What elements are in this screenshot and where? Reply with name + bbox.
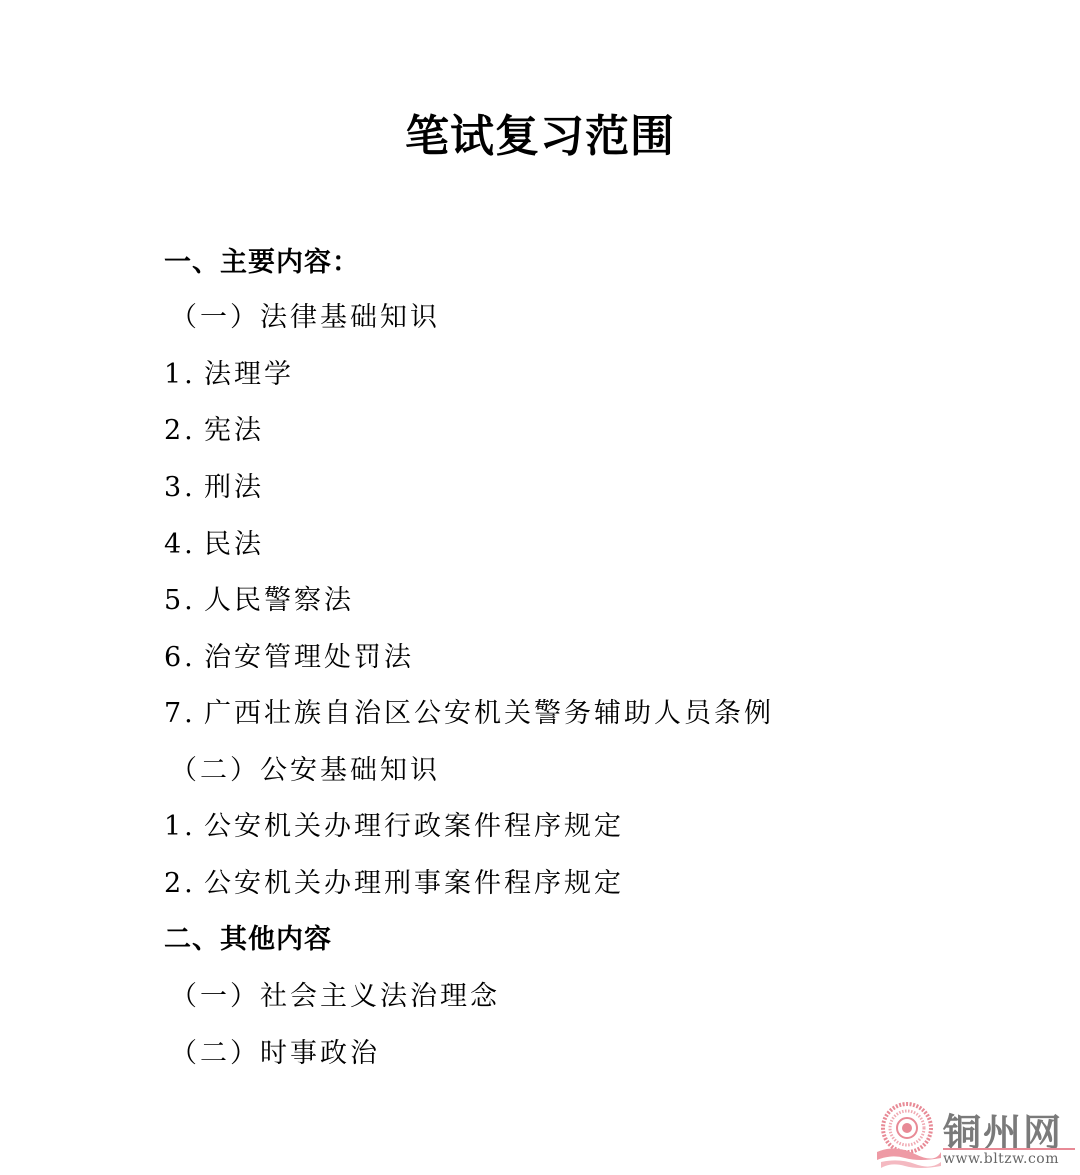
list-item: 7.广西壮族自治区公安机关警务辅助人员条例 — [164, 694, 774, 734]
item-text: 公安机关办理刑事案件程序规定 — [204, 868, 624, 899]
list-item: 1.法理学 — [164, 355, 294, 395]
item-text: 刑法 — [204, 472, 264, 503]
subsection-heading-police: （二）公安基础知识 — [170, 751, 440, 791]
section-heading-other: 二、其他内容 — [164, 920, 332, 960]
watermark-divider — [943, 1148, 1075, 1150]
item-text: 法理学 — [204, 359, 294, 390]
item-number: 5. — [164, 581, 204, 621]
site-logo-icon — [875, 1100, 941, 1170]
item-text: 公安机关办理行政案件程序规定 — [204, 811, 624, 842]
subsection-heading-current-affairs: （二）时事政治 — [170, 1034, 380, 1074]
watermark: 铜州网 www.bltzw.com — [875, 1100, 1075, 1170]
item-number: 7. — [164, 694, 204, 734]
subsection-heading-law: （一）法律基础知识 — [170, 298, 440, 338]
list-item: 6.治安管理处罚法 — [164, 638, 414, 678]
list-item: 3.刑法 — [164, 468, 264, 508]
document-title: 笔试复习范围 — [0, 100, 1080, 164]
watermark-url: www.bltzw.com — [943, 1151, 1059, 1167]
item-number: 3. — [164, 468, 204, 508]
item-number: 6. — [164, 638, 204, 678]
item-number: 1. — [164, 807, 204, 847]
item-text: 宪法 — [204, 415, 264, 446]
item-text: 人民警察法 — [204, 585, 354, 616]
list-item: 2.公安机关办理刑事案件程序规定 — [164, 864, 624, 904]
item-number: 2. — [164, 864, 204, 904]
list-item: 5.人民警察法 — [164, 581, 354, 621]
item-text: 广西壮族自治区公安机关警务辅助人员条例 — [204, 698, 774, 729]
subsection-heading-rule-of-law: （一）社会主义法治理念 — [170, 977, 500, 1017]
item-text: 民法 — [204, 529, 264, 560]
item-text: 治安管理处罚法 — [204, 642, 414, 673]
section-heading-main: 一、主要内容： — [164, 243, 360, 283]
list-item: 4.民法 — [164, 525, 264, 565]
item-number: 4. — [164, 525, 204, 565]
item-number: 2. — [164, 411, 204, 451]
item-number: 1. — [164, 355, 204, 395]
list-item: 1.公安机关办理行政案件程序规定 — [164, 807, 624, 847]
list-item: 2.宪法 — [164, 411, 264, 451]
